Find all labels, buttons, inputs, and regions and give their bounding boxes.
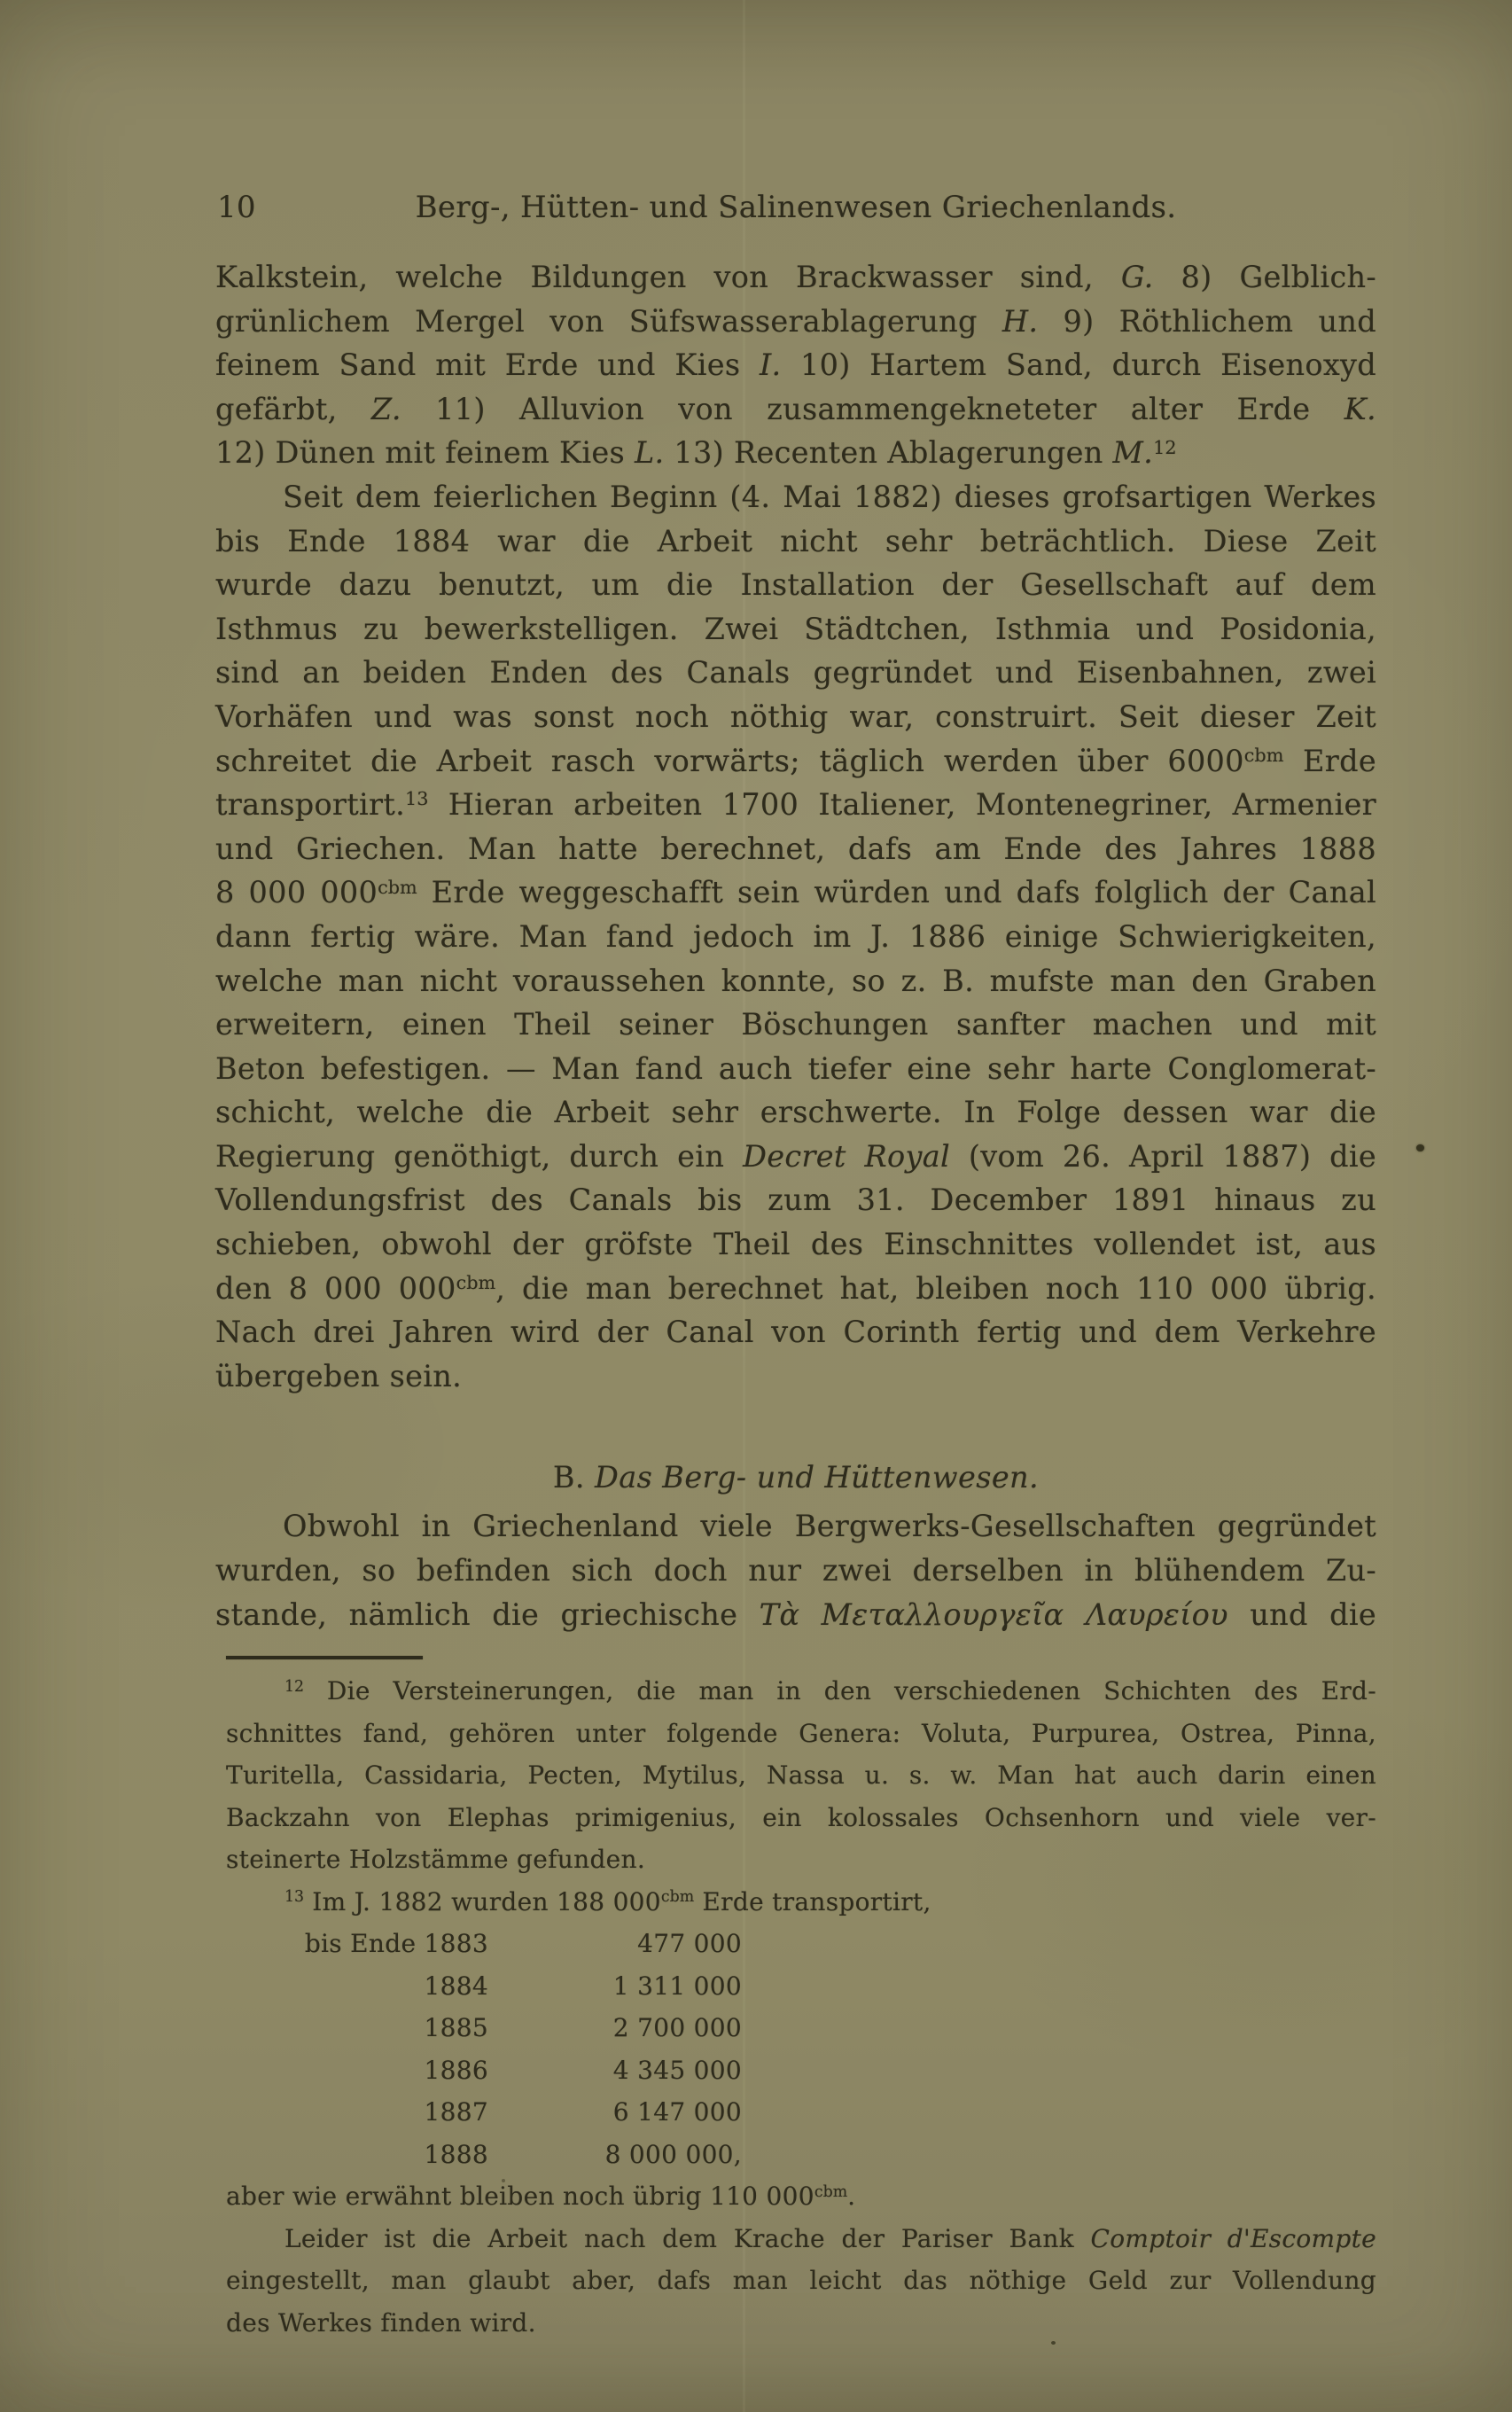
text-line: eingestellt, man glaubt aber, dafs man l… [226, 2260, 1376, 2302]
text-line: Vollendungsfrist des Canals bis zum 31. … [215, 1178, 1376, 1222]
table-year: 1887 [226, 2091, 488, 2134]
text-line: 13 Im J. 1882 wurden 188 000cbm Erde tra… [226, 1881, 1376, 1924]
running-header: Berg-, Hütten- und Salinenwesen Griechen… [215, 188, 1376, 227]
text-line: 12) Dünen mit feinem Kies L. 13) Recente… [215, 431, 1376, 475]
book-page-scan: 10 Berg-, Hütten- und Salinenwesen Griec… [0, 0, 1512, 2412]
text-line: wurde dazu benutzt, um die Installation … [215, 563, 1376, 607]
text-line: schicht, welche die Arbeit sehr erschwer… [215, 1090, 1376, 1135]
footnote-12: 12 Die Versteinerungen, die man in den v… [226, 1670, 1376, 1881]
footnotes: 12 Die Versteinerungen, die man in den v… [226, 1670, 1376, 2344]
table-value: 6 147 000 [488, 2091, 742, 2134]
text-line: gefärbt, Z. 11) Alluvion von zusammengek… [215, 387, 1376, 432]
text-line: grünlichem Mergel von Süfswasserablageru… [215, 300, 1376, 344]
table-row: 18852 700 000 [226, 2007, 1376, 2049]
section-heading-letter: B. [553, 1460, 595, 1495]
text-line: und Griechen. Man hatte berechnet, dafs … [215, 827, 1376, 871]
text-line: Seit dem feierlichen Beginn (4. Mai 1882… [215, 475, 1376, 519]
table-row: 18841 311 000 [226, 1965, 1376, 2008]
text-line: Kalkstein, welche Bildungen von Brackwas… [215, 255, 1376, 300]
table-value: 477 000 [488, 1923, 742, 1965]
text-line: Beton befestigen. — Man fand auch tiefer… [215, 1047, 1376, 1091]
text-line: Vorhäfen und was sonst noch nöthig war, … [215, 695, 1376, 739]
body-text: Kalkstein, welche Bildungen von Brackwas… [215, 255, 1376, 1398]
text-line: übergeben sein. [215, 1354, 1376, 1399]
text-line: erweitern, einen Theil seiner Böschungen… [215, 1003, 1376, 1047]
text-line: bis Ende 1884 war die Arbeit nicht sehr … [215, 519, 1376, 564]
table-year: 1885 [226, 2007, 488, 2049]
ink-spot [1051, 2341, 1056, 2345]
text-line: aber wie erwähnt bleiben noch übrig 110 … [226, 2175, 1376, 2218]
table-value: 4 345 000 [488, 2049, 742, 2092]
footnote-13-continuation: aber wie erwähnt bleiben noch übrig 110 … [226, 2175, 1376, 2344]
ink-spot [1416, 1144, 1424, 1151]
table-year: 1884 [226, 1965, 488, 2008]
footnote-13: 13 Im J. 1882 wurden 188 000cbm Erde tra… [226, 1881, 1376, 1924]
text-line: Backzahn von Elephas primigenius, ein ko… [226, 1797, 1376, 1839]
text-line: schieben, obwohl der gröfste Theil des E… [215, 1222, 1376, 1267]
paragraph-mining-intro: Obwohl in Griechenland viele Bergwerks-G… [215, 1504, 1376, 1637]
table-row: 18876 147 000 [226, 2091, 1376, 2134]
text-line: Regierung genöthigt, durch ein Decret Ro… [215, 1135, 1376, 1179]
text-line: 8 000 000cbm Erde weggeschafft sein würd… [215, 870, 1376, 915]
text-line: Isthmus zu bewerkstelligen. Zwei Städtch… [215, 607, 1376, 652]
text-line: Nach drei Jahren wird der Canal von Cori… [215, 1310, 1376, 1354]
page-header: 10 Berg-, Hütten- und Salinenwesen Griec… [215, 188, 1376, 227]
text-line: feinem Sand mit Erde und Kies I. 10) Har… [215, 343, 1376, 387]
section-heading-title: Das Berg- und Hüttenwesen. [595, 1460, 1039, 1495]
table-year: 1888 [226, 2134, 488, 2176]
table-value: 1 311 000 [488, 1965, 742, 2008]
text-line: Leider ist die Arbeit nach dem Krache de… [226, 2218, 1376, 2260]
text-line: schnittes fand, gehören unter folgende G… [226, 1713, 1376, 1755]
page-number: 10 [217, 188, 256, 227]
text-line: transportirt.13 Hieran arbeiten 1700 Ita… [215, 783, 1376, 827]
table-row: bis Ende 1883477 000 [226, 1923, 1376, 1965]
text-line: welche man nicht voraussehen konnte, so … [215, 959, 1376, 1003]
text-line: des Werkes finden wird. [226, 2302, 1376, 2345]
text-line: Turitella, Cassidaria, Pecten, Mytilus, … [226, 1754, 1376, 1797]
text-line: schreitet die Arbeit rasch vorwärts; täg… [215, 739, 1376, 784]
text-line: steinerte Holzstämme gefunden. [226, 1838, 1376, 1881]
text-line: 12 Die Versteinerungen, die man in den v… [226, 1670, 1376, 1713]
table-value: 8 000 000, [488, 2134, 742, 2176]
table-row: 18864 345 000 [226, 2049, 1376, 2092]
table-year: bis Ende 1883 [226, 1923, 488, 1965]
text-line: stande, nämlich die griechische Τὰ Μεταλ… [215, 1593, 1376, 1637]
text-line: sind an beiden Enden des Canals gegründe… [215, 651, 1376, 695]
text-line: dann fertig wäre. Man fand jedoch im J. … [215, 915, 1376, 959]
section-heading: B. Das Berg- und Hüttenwesen. [215, 1456, 1376, 1500]
footnote-separator-rule [226, 1656, 423, 1659]
footnote-13-table: bis Ende 1883477 00018841 311 00018852 7… [226, 1923, 1376, 2175]
text-line: Obwohl in Griechenland viele Bergwerks-G… [215, 1504, 1376, 1549]
ink-spot [502, 2179, 505, 2182]
table-value: 2 700 000 [488, 2007, 742, 2049]
text-line: den 8 000 000cbm, die man berechnet hat,… [215, 1267, 1376, 1311]
table-year: 1886 [226, 2049, 488, 2092]
text-line: wurden, so befinden sich doch nur zwei d… [215, 1549, 1376, 1593]
table-row: 18888 000 000, [226, 2134, 1376, 2176]
